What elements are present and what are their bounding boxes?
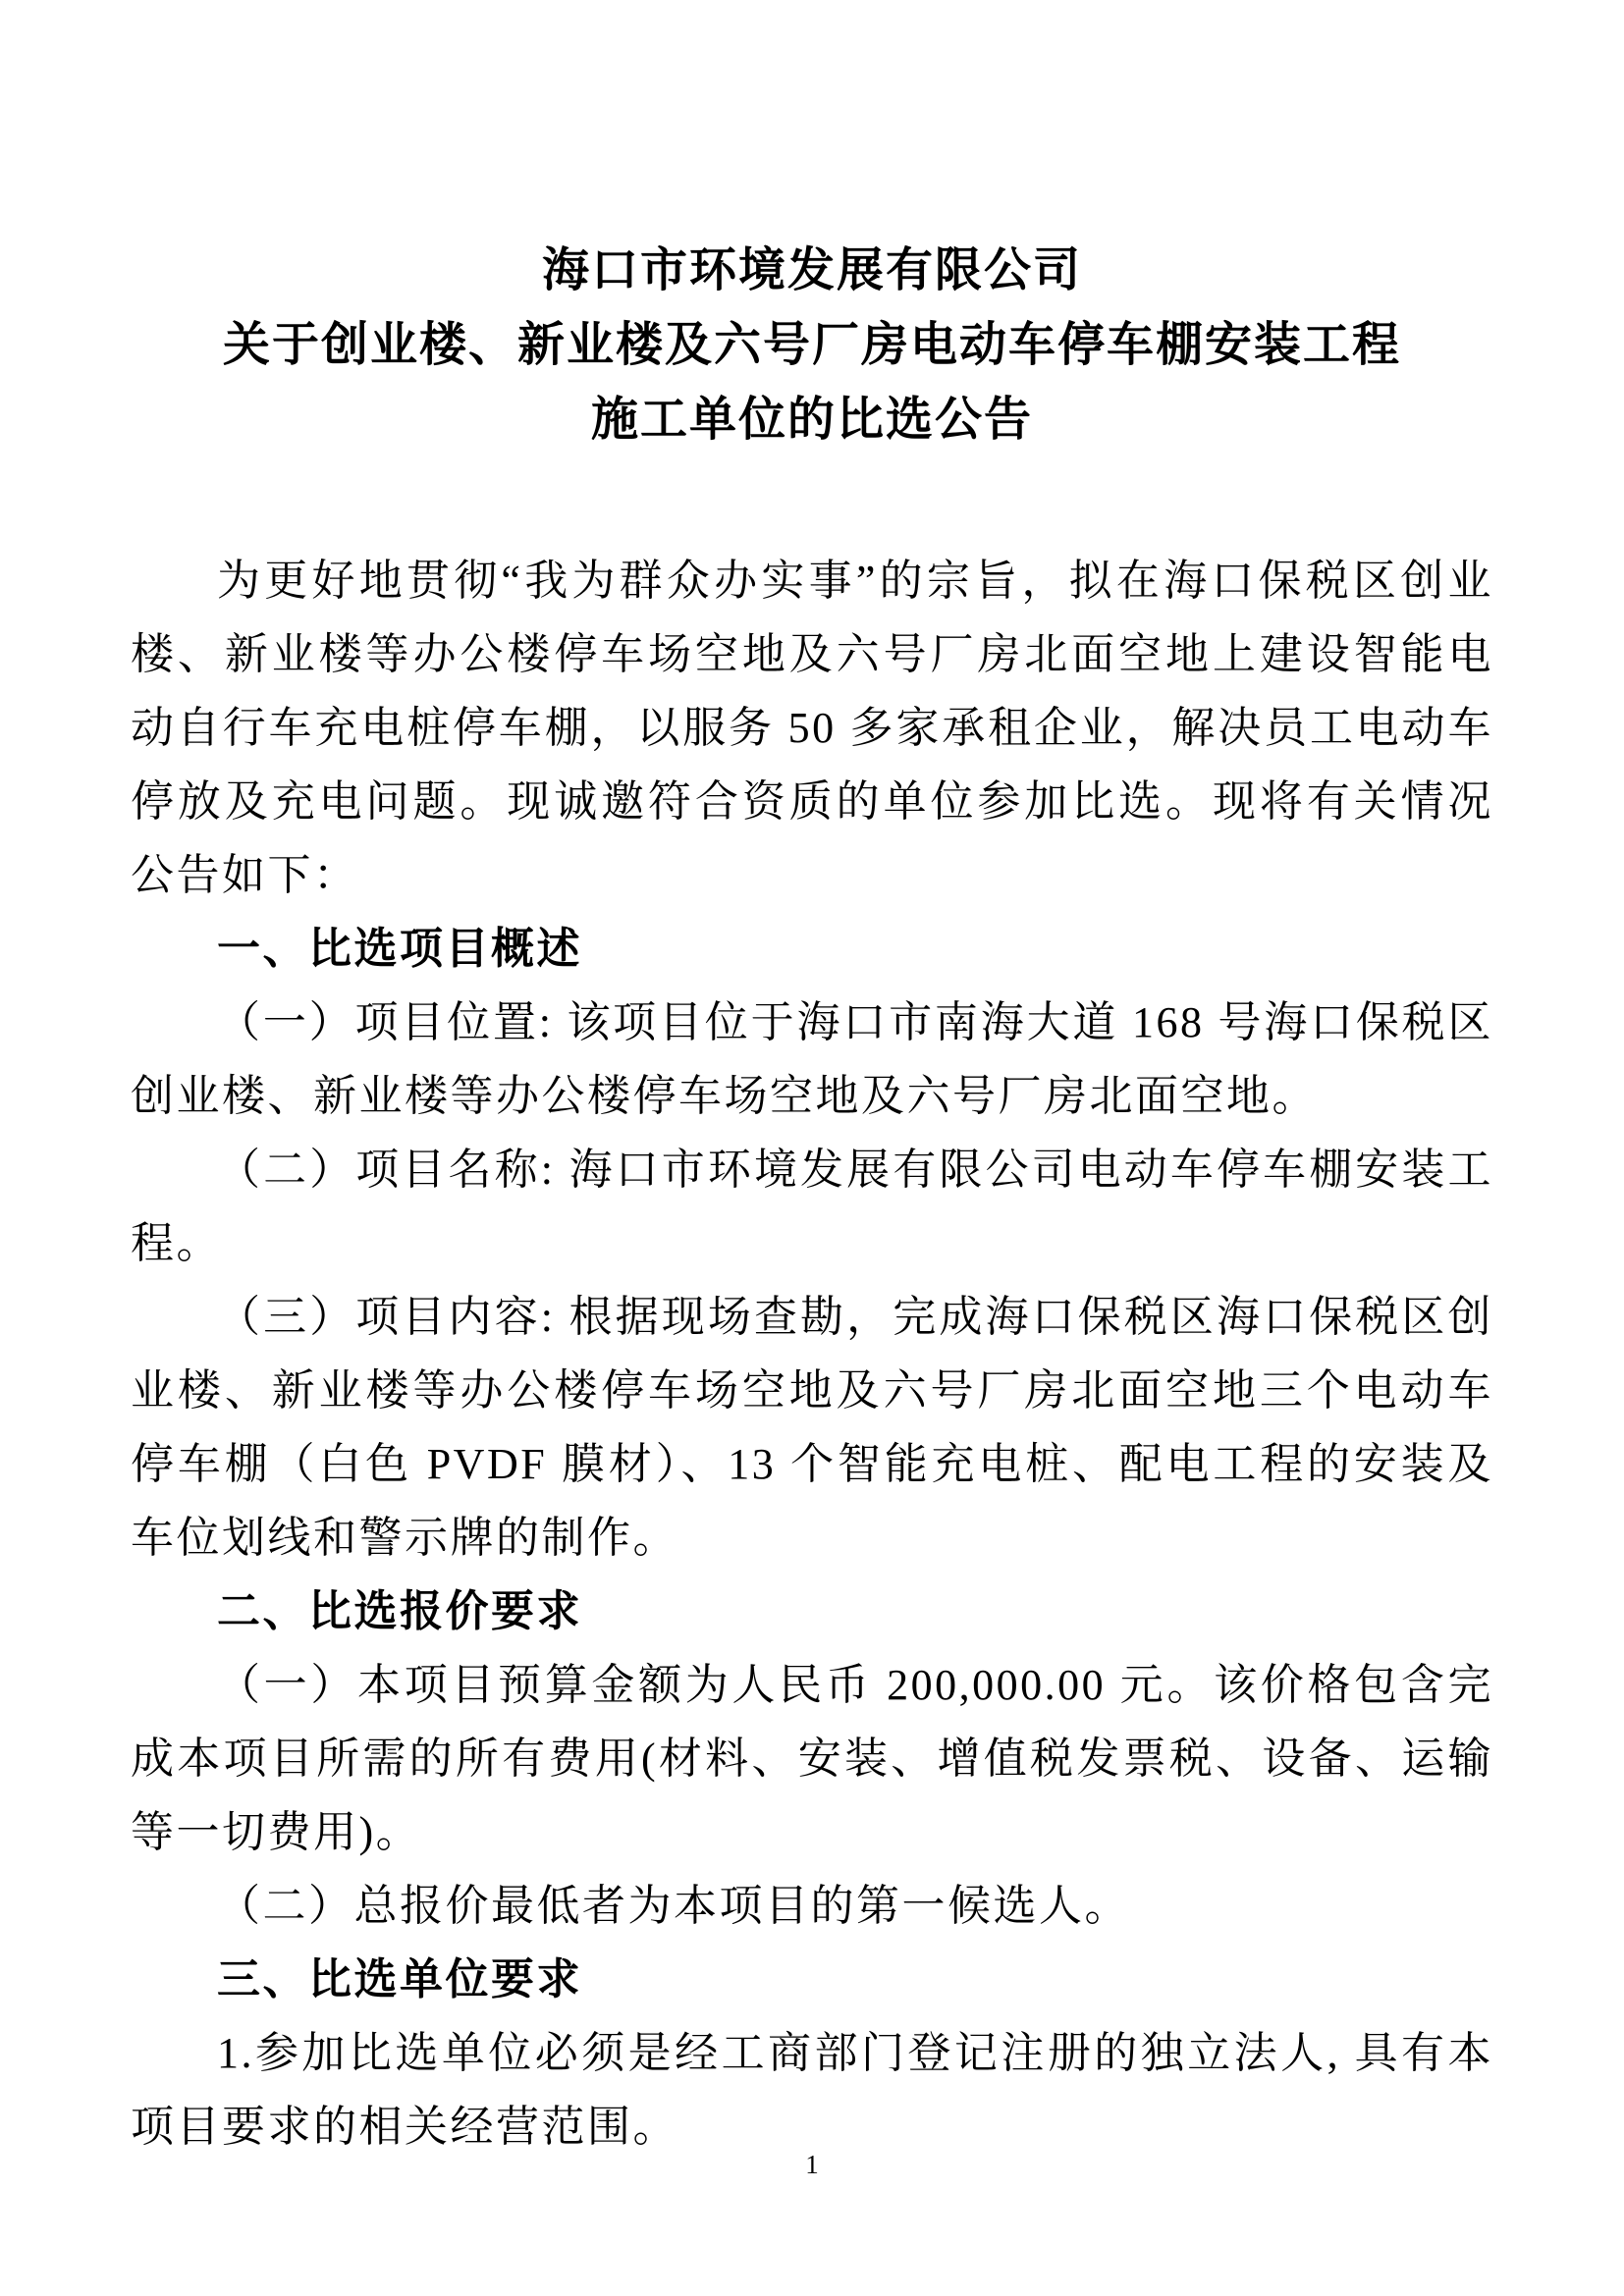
document-title: 海口市环境发展有限公司 关于创业楼、新业楼及六号厂房电动车停车棚安装工程 施工单… (131, 234, 1493, 457)
title-line-company: 海口市环境发展有限公司 (131, 234, 1493, 308)
section-1-item-name: （二）项目名称: 海口市环境发展有限公司电动车停车棚安装工程。 (131, 1133, 1493, 1280)
section-2-item-lowest-bid: （二）总报价最低者为本项目的第一候选人。 (131, 1869, 1493, 1943)
section-1-item-location: （一）项目位置: 该项目位于海口市南海大道 168 号海口保税区创业楼、新业楼等… (131, 986, 1493, 1133)
title-line-announcement: 施工单位的比选公告 (131, 383, 1493, 457)
section-1-heading: 一、比选项目概述 (131, 912, 1493, 986)
section-2-item-budget: （一）本项目预算金额为人民币 200,000.00 元。该价格包含完成本项目所需… (131, 1648, 1493, 1869)
section-3-item-qualification: 1.参加比选单位必须是经工商部门登记注册的独立法人, 具有本项目要求的相关经营范… (131, 2016, 1493, 2163)
page-footer: 1 (0, 2150, 1624, 2180)
title-line-project: 关于创业楼、新业楼及六号厂房电动车停车棚安装工程 (131, 308, 1493, 383)
section-1-item-content: （三）项目内容: 根据现场查勘，完成海口保税区海口保税区创业楼、新业楼等办公楼停… (131, 1280, 1493, 1575)
section-2-heading: 二、比选报价要求 (131, 1575, 1493, 1648)
section-3-heading: 三、比选单位要求 (131, 1943, 1493, 2016)
page-number: 1 (805, 2150, 819, 2179)
document-page: 海口市环境发展有限公司 关于创业楼、新业楼及六号厂房电动车停车棚安装工程 施工单… (0, 0, 1624, 2296)
document-body: 为更好地贯彻“我为群众办实事”的宗旨，拟在海口保税区创业楼、新业楼等办公楼停车场… (131, 544, 1493, 2163)
intro-paragraph: 为更好地贯彻“我为群众办实事”的宗旨，拟在海口保税区创业楼、新业楼等办公楼停车场… (131, 544, 1493, 912)
